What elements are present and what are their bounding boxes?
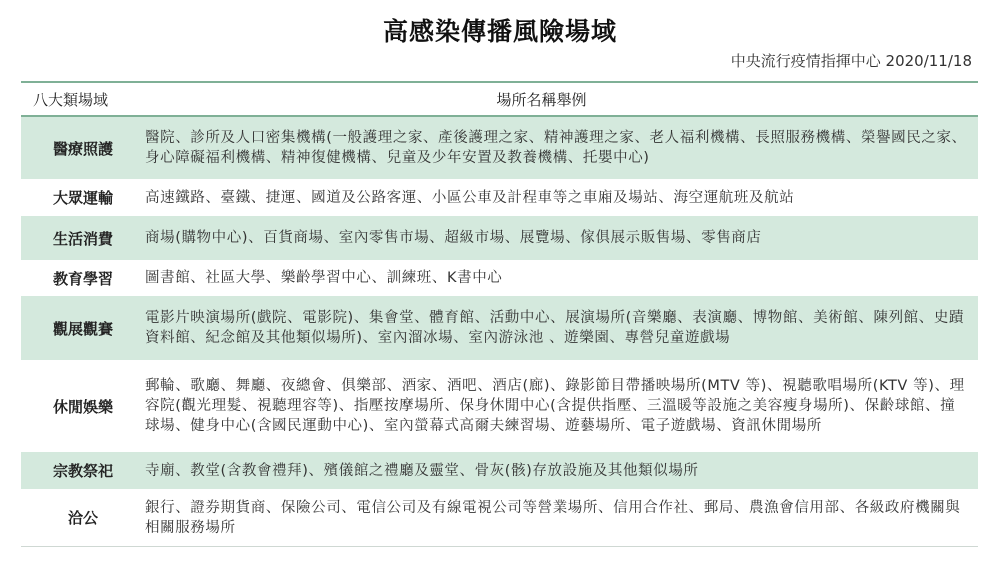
- table-header-row: 八大類場域 場所名稱舉例: [21, 83, 978, 117]
- row-examples: 電影片映演場所(戲院、電影院)、集會堂、體育館、活動中心、展演場所(音樂廳、表演…: [145, 308, 978, 348]
- table-row: 洽公 銀行、證券期貨商、保險公司、電信公司及有線電視公司等營業場所、信用合作社、…: [21, 489, 978, 547]
- venue-risk-table: 八大類場域 場所名稱舉例 醫療照護 醫院、診所及人口密集機構(一般護理之家、產後…: [21, 81, 978, 547]
- page-title: 高感染傳播風險場域: [0, 12, 1000, 48]
- row-category: 教育學習: [21, 268, 145, 289]
- row-category: 生活消費: [21, 228, 145, 249]
- table-row: 大眾運輸 高速鐵路、臺鐵、捷運、國道及公路客運、小區公車及計程車等之車廂及場站、…: [21, 179, 978, 216]
- row-examples: 銀行、證券期貨商、保險公司、電信公司及有線電視公司等營業場所、信用合作社、郵局、…: [145, 498, 978, 538]
- column-header-category: 八大類場域: [21, 89, 145, 110]
- row-examples: 圖書館、社區大學、樂齡學習中心、訓練班、K書中心: [145, 268, 978, 288]
- row-examples: 寺廟、教堂(含教會禮拜)、殯儀館之禮廳及靈堂、骨灰(骸)存放設施及其他類似場所: [145, 461, 978, 481]
- row-category: 醫療照護: [21, 138, 145, 159]
- table-row: 休閒娛樂 郵輪、歌廳、舞廳、夜總會、俱樂部、酒家、酒吧、酒店(廊)、錄影節目帶播…: [21, 360, 978, 452]
- row-examples: 郵輪、歌廳、舞廳、夜總會、俱樂部、酒家、酒吧、酒店(廊)、錄影節目帶播映場所(M…: [145, 376, 978, 436]
- table-row: 宗教祭祀 寺廟、教堂(含教會禮拜)、殯儀館之禮廳及靈堂、骨灰(骸)存放設施及其他…: [21, 452, 978, 489]
- table-row: 生活消費 商場(購物中心)、百貨商場、室內零售市場、超級市場、展覽場、傢俱展示販…: [21, 216, 978, 260]
- row-category: 觀展觀賽: [21, 318, 145, 339]
- row-category: 大眾運輸: [21, 187, 145, 208]
- table-row: 觀展觀賽 電影片映演場所(戲院、電影院)、集會堂、體育館、活動中心、展演場所(音…: [21, 296, 978, 360]
- row-category: 宗教祭祀: [21, 460, 145, 481]
- table-row: 醫療照護 醫院、診所及人口密集機構(一般護理之家、產後護理之家、精神護理之家、老…: [21, 117, 978, 179]
- row-category: 洽公: [21, 507, 145, 528]
- row-category: 休閒娛樂: [21, 396, 145, 417]
- column-header-examples: 場所名稱舉例: [145, 89, 978, 110]
- attribution-source-date: 中央流行疫情指揮中心 2020/11/18: [731, 50, 972, 71]
- row-examples: 醫院、診所及人口密集機構(一般護理之家、產後護理之家、精神護理之家、老人福利機構…: [145, 128, 978, 168]
- row-examples: 高速鐵路、臺鐵、捷運、國道及公路客運、小區公車及計程車等之車廂及場站、海空運航班…: [145, 188, 978, 208]
- row-examples: 商場(購物中心)、百貨商場、室內零售市場、超級市場、展覽場、傢俱展示販售場、零售…: [145, 228, 978, 248]
- table-row: 教育學習 圖書館、社區大學、樂齡學習中心、訓練班、K書中心: [21, 260, 978, 296]
